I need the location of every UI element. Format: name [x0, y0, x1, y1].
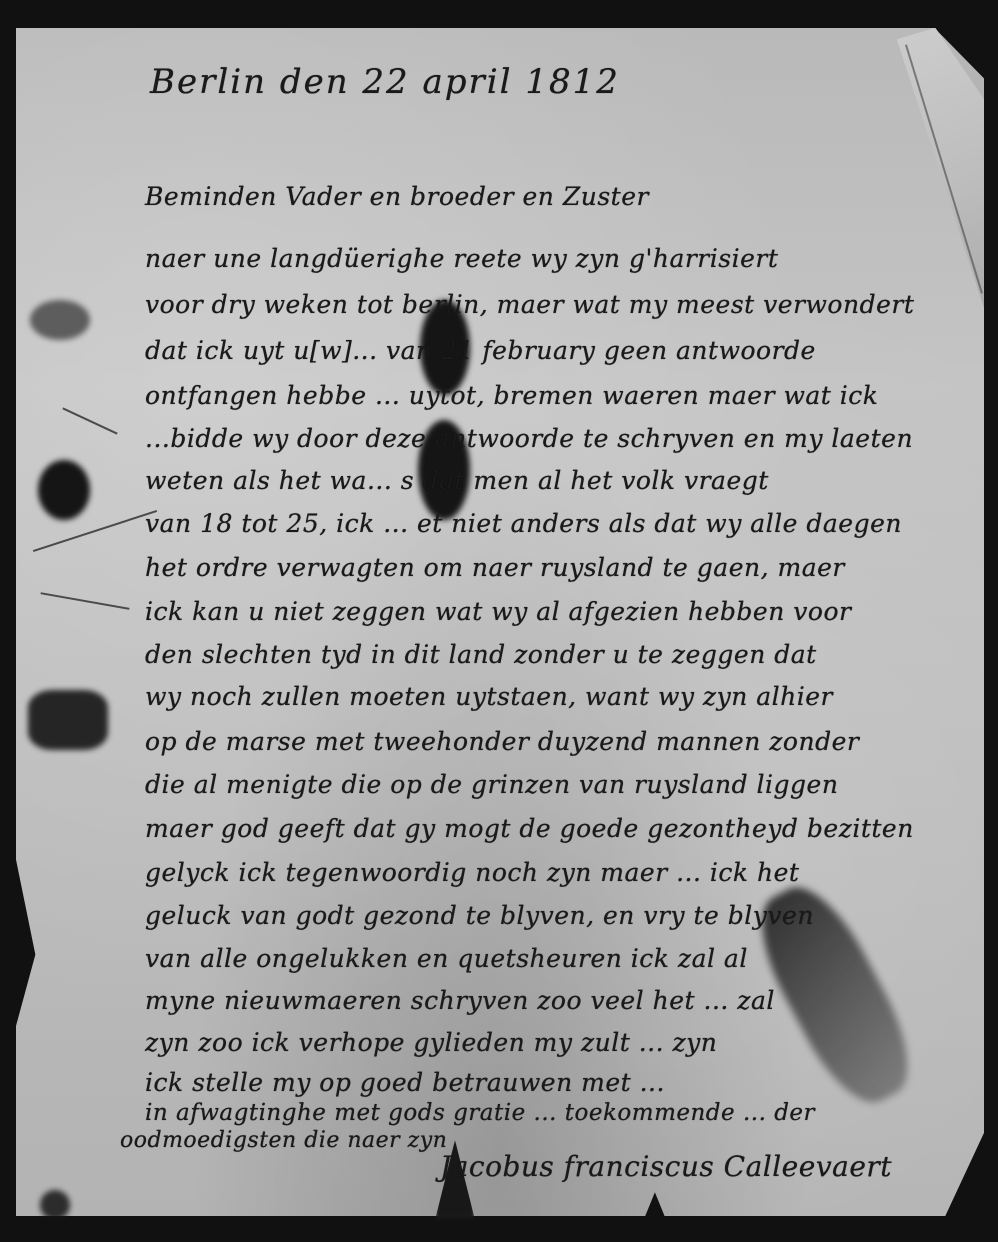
letter-closing: oodmoedigsten die naer zyn: [120, 1128, 447, 1153]
ink-stain: [38, 460, 90, 520]
letter-heading: Berlin den 22 april 1812: [150, 62, 620, 102]
letter-line: voor dry weken tot berlin, maer wat my m…: [145, 290, 914, 319]
letter-line: van 18 tot 25, ick ... et niet anders al…: [145, 509, 902, 538]
letter-line: dat ick uyt u[w]... van 21 february geen…: [145, 336, 816, 365]
letter-line: naer une langdüerighe reete wy zyn g'har…: [145, 244, 778, 273]
torn-edge: [28, 690, 108, 750]
ink-stain: [40, 1190, 70, 1220]
letter-line: die al menigte die op de grinzen van ruy…: [145, 770, 838, 799]
letter-line: op de marse met tweehonder duyzend manne…: [145, 727, 859, 756]
letter-signature: Jacobus franciscus Calleevaert: [440, 1150, 892, 1183]
letter-line: myne nieuwmaeren schryven zoo veel het .…: [145, 986, 775, 1015]
letter-line: weten als het wa... s dat men al het vol…: [145, 466, 769, 495]
letter-line: wy noch zullen moeten uytstaen, want wy …: [145, 682, 833, 711]
letter-line: den slechten tyd in dit land zonder u te…: [145, 640, 817, 669]
letter-line: gelyck ick tegenwoordig noch zyn maer ..…: [145, 858, 799, 887]
letter-line: maer god geeft dat gy mogt de goede gezo…: [145, 814, 914, 843]
letter-line: geluck van godt gezond te blyven, en vry…: [145, 901, 814, 930]
water-stain: [30, 300, 90, 340]
letter-line: het ordre verwagten om naer ruysland te …: [145, 553, 845, 582]
letter-line: ick kan u niet zeggen wat wy al afgezien…: [145, 597, 851, 626]
letter-line: in afwagtinghe met gods gratie ... toeko…: [145, 1100, 815, 1126]
letter-line: van alle ongelukken en quetsheuren ick z…: [145, 944, 748, 973]
letter-line: ontfangen hebbe ... uytot, bremen waeren…: [145, 381, 878, 410]
letter-line: ick stelle my op goed betrauwen met ...: [145, 1068, 665, 1097]
letter-line: ...bidde wy door deze antwoorde te schry…: [145, 424, 913, 453]
letter-line: zyn zoo ick verhope gylieden my zult ...…: [145, 1028, 717, 1057]
letter-salutation: Beminden Vader en broeder en Zuster: [145, 182, 649, 211]
